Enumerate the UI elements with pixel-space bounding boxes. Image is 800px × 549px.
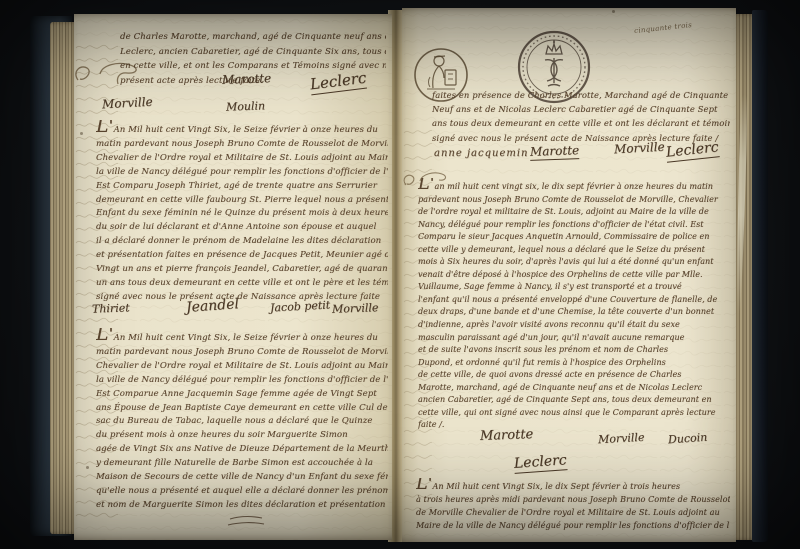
signature: Ducoin (668, 431, 708, 447)
handwritten-text-line: L'an mil huit cent vingt six, le dix sep… (418, 178, 730, 194)
handwritten-text-line: la ville de Nancy délégué pour remplir l… (96, 374, 388, 388)
handwritten-text-line: y demeurant fille Naturelle de Barbe Sim… (96, 457, 388, 471)
birth-record-entry: L'An Mil huit cent Vingt Six, le Seize f… (96, 120, 388, 305)
signature: Leclerc (513, 452, 567, 474)
handwritten-text-line: de cette ville, de quoi avons dressé act… (418, 369, 730, 382)
handwritten-text-line: L'An Mil huit cent Vingt Six, le Seize f… (96, 328, 388, 346)
handwritten-text-line: L'An Mil huit cent Vingt Six, le Seize f… (96, 120, 388, 138)
handwritten-text-line: de Charles Marotte, marchand, agé de Cin… (120, 30, 386, 45)
signature: Morville (332, 301, 379, 316)
handwritten-text-line: matin pardevant nous Joseph Bruno Comte … (96, 138, 388, 152)
handwritten-text-line: Vingt un ans et pierre françois Jeandel,… (96, 263, 388, 277)
handwritten-text-line: cette ville, qui ont signé avec nous ain… (418, 407, 730, 420)
birth-record-entry: L'An Mil huit cent Vingt Six, le Seize f… (96, 328, 388, 513)
handwritten-text-line: faites en présence de Charles Marotte, M… (432, 88, 730, 102)
handwritten-text-line: ancien Cabaretier, agé de Cinquante Sept… (418, 394, 730, 407)
record-closing-text: faites en présence de Charles Marotte, M… (432, 88, 730, 145)
handwritten-text-line: et nom de Marguerite Simon les dites déc… (96, 499, 388, 513)
handwritten-text-line: et présentation faites en présence de Ja… (96, 249, 388, 263)
handwritten-text-line: d'indienne, après l'avoir visité avons r… (418, 319, 730, 332)
signature: Marotte (530, 143, 580, 161)
handwritten-text-line: mois à Six heures du soir, d'après l'avi… (418, 256, 730, 269)
handwritten-text-line: ans tous deux demeurant en cette ville e… (432, 116, 730, 130)
handwritten-text-line: masculin paraissant agé d'un jour, qu'il… (418, 332, 730, 345)
handwritten-text-line: sac du Bureau de Tabac, laquelle nous a … (96, 415, 388, 429)
handwritten-text-line: Dupond, et ordonné qu'il fut remis à l'h… (418, 357, 730, 370)
right-page: cinquante trois faites en présence de Ch… (402, 8, 736, 542)
handwritten-text-line: deux draps, d'une bande et d'une Chemise… (418, 306, 730, 319)
handwritten-text-line: matin pardevant nous Joseph Bruno Comte … (96, 346, 388, 360)
folio-annotation: cinquante trois (634, 21, 693, 35)
handwritten-text-line: qu'elle nous a présenté et auquel elle a… (96, 485, 388, 499)
handwritten-text-line: Marotte, marchand, agé de Cinquante neuf… (418, 382, 730, 395)
handwritten-text-line: un ans tous deux demeurant en cette vill… (96, 277, 388, 291)
signature: Thiriet (92, 301, 130, 315)
handwritten-text-line: Enfant du sexe féminin né le Quinze du p… (96, 207, 388, 221)
handwritten-text-line: cette ville y demeurant, lequel nous a d… (418, 244, 730, 257)
handwritten-text-line: Chevalier de l'Ordre royal et Militaire … (96, 360, 388, 374)
signature: Moulin (226, 99, 266, 113)
handwritten-text-line: Neuf ans et de Nicolas Leclerc Cabaretie… (432, 102, 730, 116)
handwritten-text-line: Vuillaume, Sage femme à Nancy, il s'y es… (418, 281, 730, 294)
handwritten-text-line: Comparu le sieur Jacques Anquetin Arnoul… (418, 231, 730, 244)
ink-speck (612, 10, 615, 13)
handwritten-text-line: Maire de la ville de Nancy délégué pour … (416, 519, 730, 532)
handwritten-text-line: Chevalier de l'Ordre royal et Militaire … (96, 152, 388, 166)
handwritten-text-line: Est Comparue Anne Jacquemin Sage femme a… (96, 388, 388, 402)
handwritten-text-line: agée de Vingt Six ans Native de Dieuze D… (96, 443, 388, 457)
signature: Morville (102, 95, 153, 112)
handwritten-text-line: la ville de Nancy délégué pour remplir l… (96, 166, 388, 180)
handwritten-text-line: Maison de Secours de cette ville de Nanc… (96, 471, 388, 485)
signature: Marotte (480, 427, 534, 444)
handwritten-text-line: à trois heures après midi pardevant nous… (416, 493, 730, 506)
handwritten-text-line: du présent mois à onze heures du soir Ma… (96, 429, 388, 443)
signature: Morville (598, 431, 645, 446)
handwritten-text-line: de l'ordre royal et militaire de St. Lou… (418, 206, 730, 219)
handwritten-text-line: et de suite l'avons inscrit sous les pré… (418, 344, 730, 357)
signature: Marotte (222, 71, 272, 87)
handwritten-text-line: de Morville Chevalier de l'Ordre royal e… (416, 506, 730, 519)
signature: Morville (614, 140, 665, 157)
signature: anne jacquemin (434, 148, 528, 159)
left-page: de Charles Marotte, marchand, agé de Cin… (74, 14, 392, 540)
signature: Jacob petit (270, 298, 331, 314)
ink-speck (86, 466, 89, 469)
handwritten-text-line: L'An Mil huit cent Vingt Six, le dix Sep… (416, 478, 730, 493)
handwritten-text-line: du soir de lui déclarant et d'Anne Antoi… (96, 221, 388, 235)
handwritten-text-line: venait d'être déposé à l'hospice des Orp… (418, 269, 730, 282)
ink-speck (80, 132, 83, 135)
handwritten-text-line: Nancy, délégué pour remplir les fonction… (418, 219, 730, 232)
handwritten-text-line: ans Épouse de Jean Baptiste Caye demeura… (96, 402, 388, 416)
handwritten-text-line: l'enfant qu'il nous a présenté enveloppé… (418, 294, 730, 307)
handwritten-text-line: faite /. (418, 419, 730, 432)
handwritten-text-line: il a déclaré donner le prénom de Madelai… (96, 235, 388, 249)
birth-record-entry: L'an mil huit cent vingt six, le dix sep… (418, 178, 730, 432)
photographed-register-book: de Charles Marotte, marchand, agé de Cin… (0, 0, 800, 549)
birth-record-entry: L'An Mil huit cent Vingt Six, le dix Sep… (416, 478, 730, 532)
book-cover-right (752, 10, 768, 542)
handwritten-text-line: Leclerc, ancien Cabaretier, agé de Cinqu… (120, 45, 386, 60)
handwritten-text-line: pardevant nous Joseph Bruno Comte de Rou… (418, 194, 730, 207)
signature: Jeandel (186, 296, 240, 316)
double-dash-flourish-icon (226, 514, 268, 530)
handwritten-text-line: demeurant en cette ville faubourg St. Pi… (96, 194, 388, 208)
handwritten-text-line: Est Comparu Joseph Thiriet, agé de trent… (96, 180, 388, 194)
